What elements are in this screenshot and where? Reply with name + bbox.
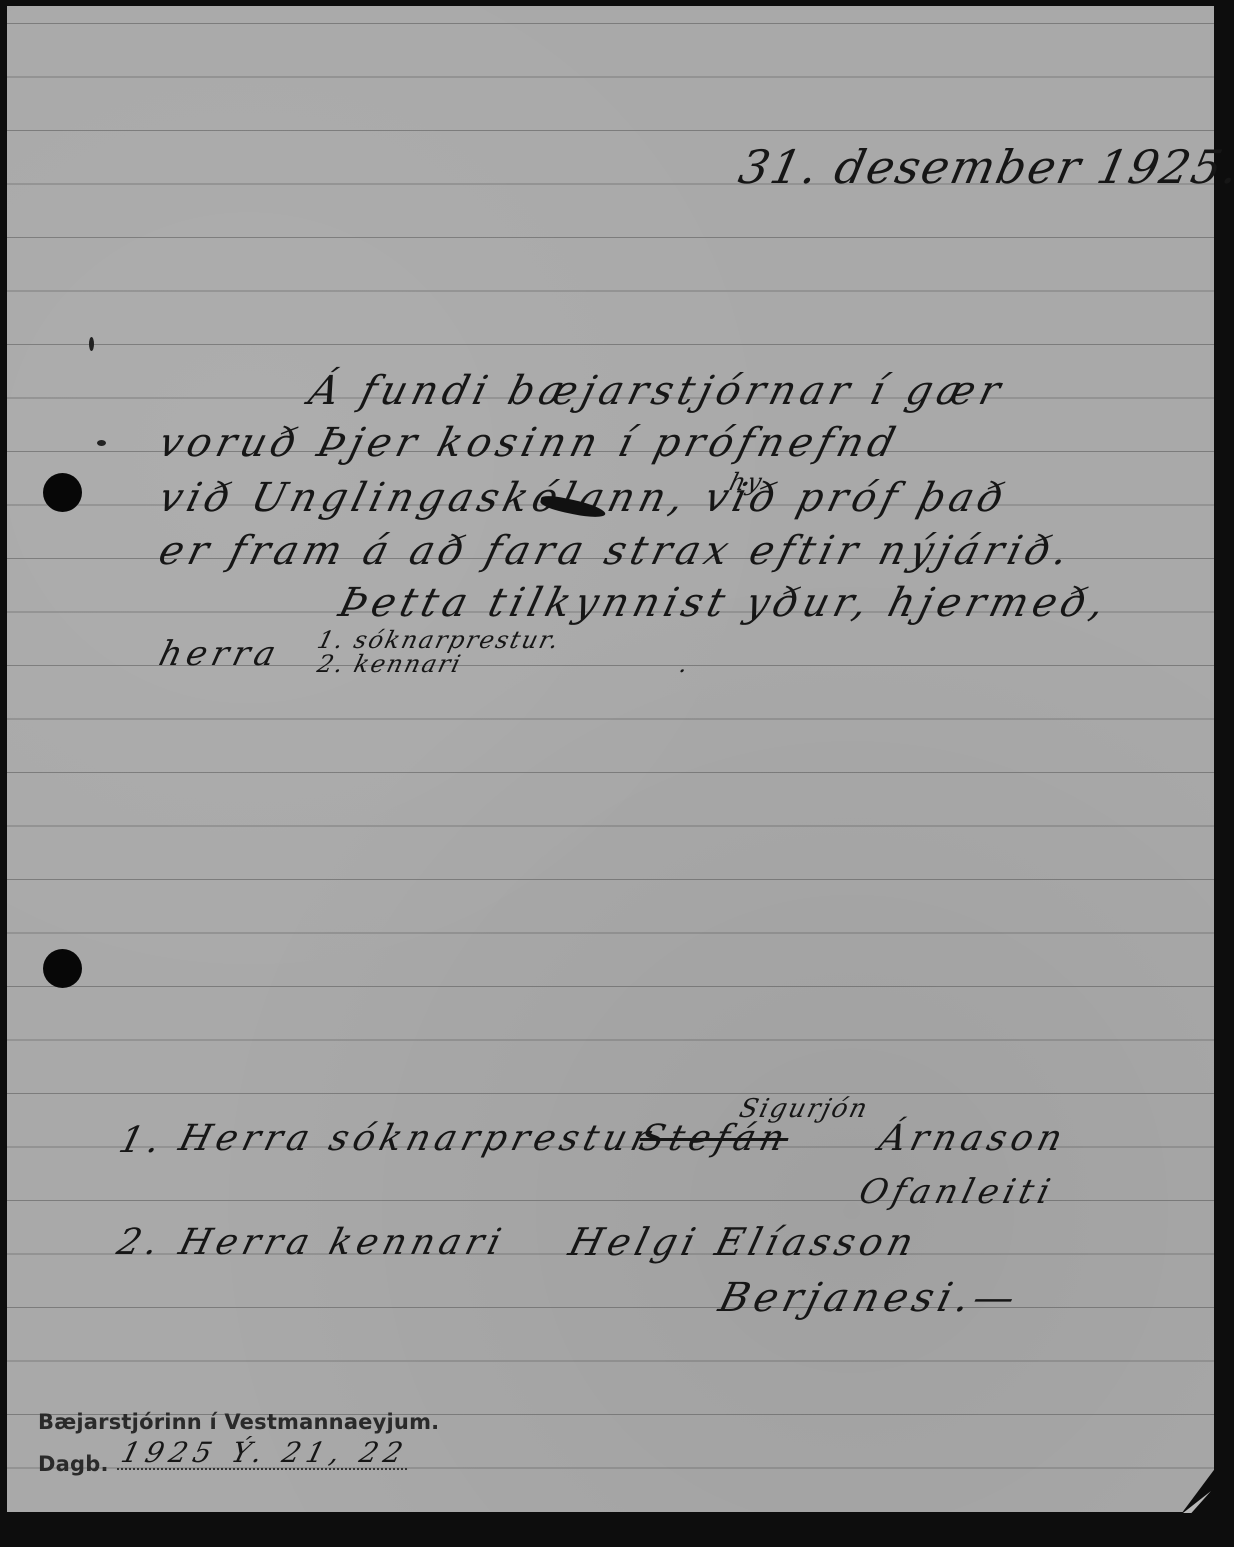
interlinear-note: hy [727, 468, 767, 496]
salutation-prefix: herra [155, 634, 285, 674]
body-line-4: er fram á að fara strax eftir nýjárið. [154, 528, 1078, 574]
recipient-1-name-insert: Sigurjón [736, 1094, 872, 1124]
body-line-5: Þetta tilkynnist yður, hjermeð, [334, 580, 1114, 626]
letter-paper [7, 6, 1214, 1512]
recipient-2-title: Herra kennari [175, 1222, 510, 1263]
recipient-1-surname: Árnason [875, 1118, 1071, 1159]
stamp-dotted-line [117, 1468, 407, 1470]
stamp-entry: 1925 Ý. 21, 22 [118, 1436, 412, 1469]
recipient-2-place: Berjanesi.— [714, 1275, 1024, 1321]
recipient-2-name: Helgi Elíasson [565, 1220, 923, 1264]
ink-spot [89, 337, 94, 351]
recipient-1-title: Herra sóknarprestur [175, 1118, 659, 1159]
stamp-label: Dagb. [38, 1452, 109, 1476]
recipient-1-struck-name: Stefán [635, 1118, 794, 1159]
ink-spot [97, 440, 106, 446]
body-line-1: Á fundi bæjarstjórnar í gær [304, 368, 1010, 414]
letter-date: 31. desember 1925. [734, 140, 1234, 194]
binder-hole-bottom [43, 949, 82, 988]
recipient-1-place: Ofanleiti [855, 1172, 1059, 1212]
binder-hole-top [43, 473, 82, 512]
salutation-option-2: 2. kennari [315, 650, 466, 678]
body-line-2: voruð Þjer kosinn í prófnefnd [154, 420, 904, 466]
stamp-institution: Bæjarstjórinn í Vestmannaeyjum. [38, 1410, 439, 1434]
